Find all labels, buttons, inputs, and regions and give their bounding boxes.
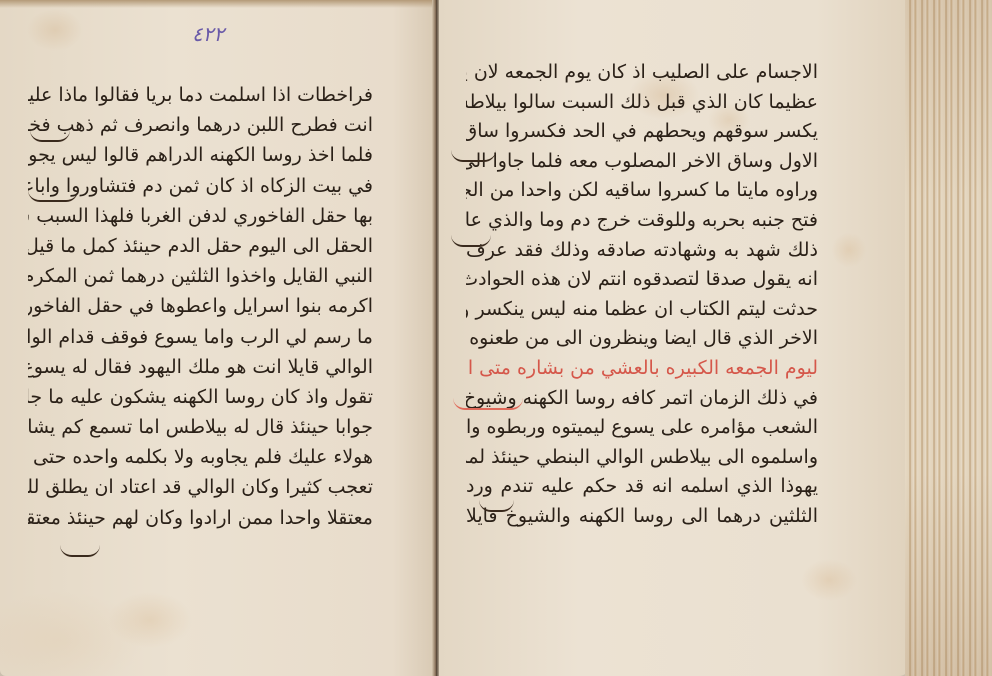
text-line: تقول واذ كان روسا الكهنه يشكون عليه ما ج… — [28, 382, 373, 412]
text-line: انت فطرح اللبن درهما وانصرف ثم ذهب فخنق … — [28, 110, 373, 140]
folio-number: ٤٢٢ — [192, 22, 224, 46]
rubric-line: ليوم الجمعه الكبيره بالعشي من بشاره متى … — [466, 354, 818, 384]
text-line: فراخطات اذا اسلمت دما بريا فقالوا ماذا ع… — [28, 80, 373, 110]
right-page: الاجسام على الصليب اذ كان يوم الجمعه لان… — [439, 0, 909, 676]
left-page: ٤٢٢ فراخطات اذا اسلمت دما بريا فقالوا ما… — [0, 0, 436, 676]
text-line: النبي القايل واخذوا الثلثين درهما ثمن ال… — [28, 261, 373, 291]
text-line: الشعب مؤامره على يسوع ليميتوه وربطوه واق… — [466, 413, 818, 443]
ink-swash — [30, 130, 70, 142]
text-line: جوابا حينئذ قال له بيلاطس اما تسمع كم يش… — [28, 412, 373, 442]
ink-swash — [28, 190, 78, 202]
text-line: بها حقل الفاخوري لدفن الغربا فلهذا السبب… — [28, 201, 373, 231]
ink-swash — [60, 545, 100, 557]
text-line: ما رسم لي الرب واما يسوع فوقف قدام الوال… — [28, 322, 373, 352]
text-line: تعجب كثيرا وكان الوالي قد اعتاد ان يطلق … — [28, 472, 373, 502]
text-line: وراوه مايتا ما كسروا ساقيه لكن واحدا من … — [466, 176, 818, 206]
text-line: الثلثين درهما الى روسا الكهنه والشيوخ قا… — [466, 502, 818, 532]
text-line: الحقل الى اليوم حقل الدم حينئذ كمل ما قي… — [28, 231, 373, 261]
text-line: ذلك شهد به وشهادته صادقه وذلك فقد عرف — [466, 236, 818, 266]
text-line: يكسر سوقهم ويحطهم في الحد فكسروا ساق — [466, 117, 818, 147]
text-line: عظيما كان الذي قبل ذلك السبت سالوا بيلاط… — [466, 88, 818, 118]
text-line: الاول وساق الاخر المصلوب معه فلما جاوا ا… — [466, 147, 818, 177]
text-line: الوالي قايلا انت هو ملك اليهود فقال له ي… — [28, 352, 373, 382]
text-line: حدثت ليتم الكتاب ان عظما منه ليس ينكسر و… — [466, 295, 818, 325]
text-line: الاجسام على الصليب اذ كان يوم الجمعه لان… — [466, 58, 818, 88]
text-line: فلما اخذ روسا الكهنه الدراهم قالوا ليس ي… — [28, 140, 373, 170]
text-line-with-rubric: الاخر الذي قال ايضا وينظرون الى من طعنوه… — [466, 324, 818, 354]
ink-swash — [451, 150, 496, 162]
text-line: فتح جنبه بحربه وللوقت خرج دم وما والذي ع… — [466, 206, 818, 236]
text-line: واسلموه الى بيلاطس الوالي البنطي حينئذ ل… — [466, 443, 818, 473]
ink-swash — [451, 235, 491, 247]
text-line: انه يقول صدقا لتصدقوه انتم لان هذه الحوا… — [466, 265, 818, 295]
text-line: معتقلا واحدا ممن ارادوا وكان لهم حينئذ م… — [28, 503, 373, 533]
page-edges — [905, 0, 992, 676]
left-page-text: فراخطات اذا اسلمت دما بريا فقالوا ماذا ع… — [28, 80, 373, 533]
text-line: يهوذا الذي اسلمه انه قد حكم عليه تندم ور… — [466, 472, 818, 502]
text-line: في بيت الزكاه اذ كان ثمن دم فتشاوروا واب… — [28, 171, 373, 201]
text-segment: الاخر الذي قال ايضا وينظرون الى من طعنوه — [469, 327, 818, 349]
rubric-swash — [453, 398, 523, 410]
text-line: اكرمه بنوا اسرايل واعطوها في حقل الفاخور… — [28, 291, 373, 321]
right-page-text: الاجسام على الصليب اذ كان يوم الجمعه لان… — [466, 58, 818, 532]
open-manuscript: ٤٢٢ فراخطات اذا اسلمت دما بريا فقالوا ما… — [0, 0, 992, 676]
text-line: هولاء عليك فلم يجاوبه ولا بكلمه واحده حت… — [28, 442, 373, 472]
